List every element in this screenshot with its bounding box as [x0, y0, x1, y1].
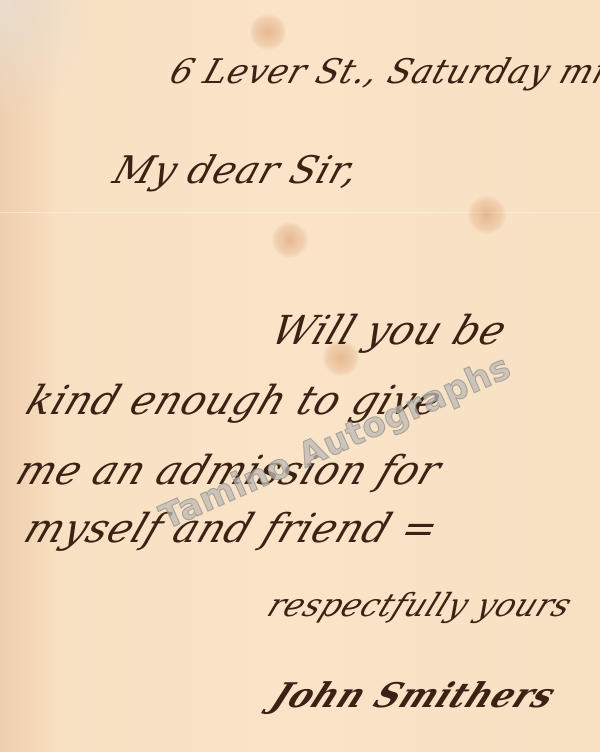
foxing-spot	[250, 14, 286, 50]
letter-body-line: myself and friend =	[18, 506, 445, 552]
letter-closing: respectfully yours	[262, 586, 578, 624]
letter-address-line: 6 Lever St., Saturday mng.	[165, 52, 600, 92]
foxing-spot	[272, 222, 308, 258]
letter-salutation: My dear Sir,	[108, 148, 365, 192]
letter-signature: John Smithers	[265, 676, 562, 716]
paper-fold-line	[0, 212, 600, 213]
letter-body-line: Will you be	[265, 308, 513, 354]
foxing-spot	[468, 196, 506, 234]
letter-page: 6 Lever St., Saturday mng. My dear Sir, …	[0, 0, 600, 752]
